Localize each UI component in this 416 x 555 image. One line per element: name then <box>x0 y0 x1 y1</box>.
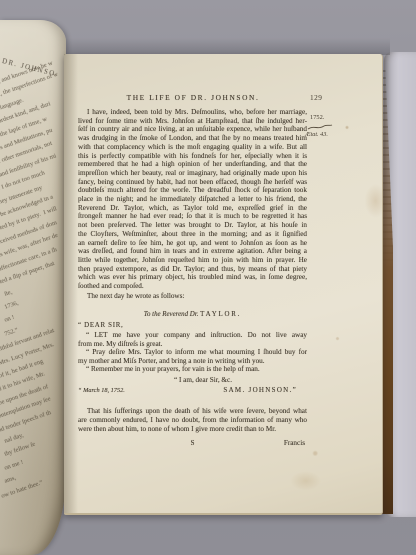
text-line: “ LET me have your company and inſtructi… <box>78 331 307 340</box>
text-line: The next day he wrote as follows: <box>78 292 307 301</box>
margin-note-year: 1752. <box>310 114 324 121</box>
paragraph-main: I have, indeed, been told by Mrs. Deſmou… <box>78 108 307 291</box>
text-line: were then about him, to none of whom I g… <box>78 425 307 434</box>
margin-flourish-icon <box>307 124 333 131</box>
text-line: little while together, Johnſon requeſted… <box>78 256 307 265</box>
letter-paragraph: “ Remember me in your prayers, for vain … <box>78 365 307 374</box>
letter-heading-prefix: To the Reverend Dr. <box>144 311 199 318</box>
text-line: an earneſt deſire to ſee him, he got up,… <box>78 239 307 248</box>
text-line: this is perfectly compatible with his fo… <box>78 152 307 161</box>
book-photo: DR. JOHNSO k, and knows how he wm, the i… <box>0 0 416 555</box>
letter-heading-name: TAYLOR. <box>200 311 241 318</box>
text-line: “ Remember me in your prayers, for vain … <box>78 365 307 374</box>
text-line: my mother and Miſs Porter, and bring a n… <box>78 357 307 366</box>
page-top-shadow <box>58 38 390 55</box>
letter-paragraph: “ Pray deſire Mrs. Taylor to inform me w… <box>78 348 307 365</box>
left-book-page: DR. JOHNSO k, and knows how he wm, the i… <box>0 20 66 555</box>
text-line: which was ever his primary object, his t… <box>78 273 307 282</box>
text-line: are commonly endured, I have no doubt, f… <box>78 416 307 425</box>
text-line: was drudging in the ſmoke of London, and… <box>78 134 307 143</box>
letter-salutation: “ DEAR SIR, <box>78 322 307 331</box>
letter-paragraph: “ LET me have your company and inſtructi… <box>78 331 307 348</box>
page-number: 129 <box>310 93 322 102</box>
text-line: was dreſſed, and found him in tears and … <box>78 247 307 256</box>
text-line: I have, indeed, been told by Mrs. Deſmou… <box>78 108 307 117</box>
text-line: with that complacency which is the moſt … <box>78 143 307 152</box>
text-line: place in the night; and he immediately d… <box>78 195 307 204</box>
text-block: I have, indeed, been told by Mrs. Deſmou… <box>78 108 307 448</box>
gathering-signature-mark: S <box>191 439 195 447</box>
right-book-page: THE LIFE OF DR. JOHNSON. 129 1752. Ætat.… <box>64 54 383 515</box>
margin-note-aetat: Ætat. 43. <box>305 131 328 138</box>
letter-dateline: “ March 18, 1752. <box>78 387 125 394</box>
text-line: not been preſerved. The letter was broug… <box>78 221 307 230</box>
left-page-text-fragments: k, and knows how he wm, the imperfection… <box>0 76 66 505</box>
paragraph-intro-letter: The next day he wrote as follows: <box>78 292 307 301</box>
letter-signature: SAM. JOHNSON.” <box>223 386 297 394</box>
text-line: doubtleſs much altered for the worſe. Th… <box>78 186 307 195</box>
letter-heading: To the Reverend Dr. TAYLOR. <box>78 311 307 318</box>
text-line: from me. My diſtreſs is great. <box>78 340 307 349</box>
running-head: THE LIFE OF DR. JOHNSON. <box>78 93 308 102</box>
letter-signature-row: “ March 18, 1752. SAM. JOHNSON.” <box>78 386 307 394</box>
text-line: “ Pray deſire Mrs. Taylor to inform me w… <box>78 348 307 357</box>
paragraph-final: That his ſufferings upon the death of hi… <box>78 407 307 433</box>
text-line: remembered that he had a high opinion of… <box>78 160 307 169</box>
catchword: Francis <box>284 439 305 447</box>
text-line: the Cloyſters, Weſtminſter, about three … <box>78 230 307 239</box>
text-line: ſoothed and compoſed. <box>78 282 307 291</box>
text-line: That his ſufferings upon the death of hi… <box>78 407 307 416</box>
text-line: ſtrongeſt manner he had ever read; ſo th… <box>78 212 307 221</box>
text-line: impreſſion which her beauty, real or ima… <box>78 169 307 178</box>
catchword-row: S Francis <box>78 439 307 448</box>
text-line: ſelf in country air and nice living, at … <box>78 125 307 134</box>
letter-closing: “ I am, dear Sir, &c. <box>78 376 307 385</box>
